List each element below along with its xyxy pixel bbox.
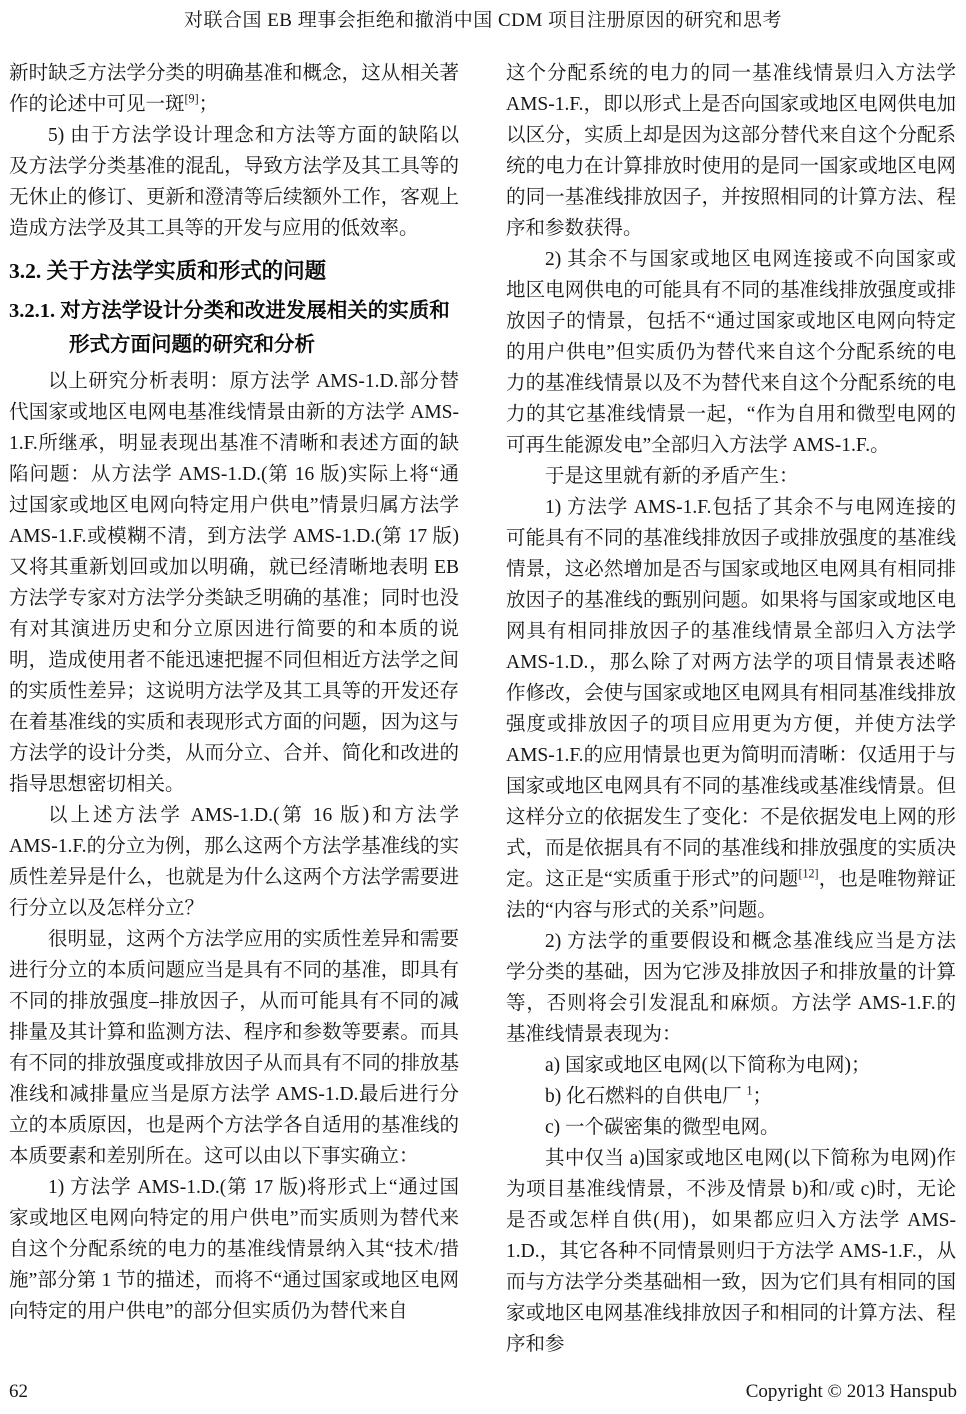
footnote-marker: 1 <box>747 1084 753 1098</box>
copyright-notice: Copyright © 2013 Hanspub <box>746 1380 957 1404</box>
paragraph: 这个分配系统的电力的同一基准线情景归入方法学 AMS-1.F.，即以形式上是否向… <box>506 58 956 244</box>
paragraph: c) 一个碳密集的微型电网。 <box>506 1112 956 1143</box>
section-heading: 3.2.1. 对方法学设计分类和改进发展相关的实质和形式方面问题的研究和分析 <box>9 294 459 362</box>
footnote-marker: [12] <box>798 867 818 881</box>
right-column: 这个分配系统的电力的同一基准线情景归入方法学 AMS-1.F.，即以形式上是否向… <box>506 58 956 1360</box>
paragraph: a) 国家或地区电网(以下简称为电网)； <box>506 1050 956 1081</box>
paragraph: 1) 方法学 AMS-1.F.包括了其余不与电网连接的可能具有不同的基准线排放因… <box>506 492 956 926</box>
paragraph: 于是这里就有新的矛盾产生： <box>506 461 956 492</box>
paragraph: 很明显，这两个方法学应用的实质性差异和需要进行分立的本质问题应当是具有不同的基准… <box>9 924 459 1172</box>
paragraph: 以上研究分析表明：原方法学 AMS-1.D.部分替代国家或地区电网电基准线情景由… <box>9 366 459 800</box>
footnote-marker: [9] <box>185 92 199 106</box>
section-title: 对方法学设计分类和改进发展相关的实质和形式方面问题的研究和分析 <box>60 299 450 356</box>
page-footer: 62 Copyright © 2013 Hanspub <box>9 1380 957 1404</box>
document-page: 对联合国 EB 理事会拒绝和撤消中国 CDM 项目注册原因的研究和思考 新时缺乏… <box>0 0 966 1414</box>
section-title: 关于方法学实质和形式的问题 <box>47 259 327 283</box>
paragraph: 新时缺乏方法学分类的明确基准和概念，这从相关著作的论述中可见一斑[9]； <box>9 58 459 120</box>
paragraph: 其中仅当 a)国家或地区电网(以下简称为电网)作为项目基准线情景，不涉及情景 b… <box>506 1143 956 1360</box>
paragraph: 5) 由于方法学设计理念和方法等方面的缺陷以及方法学分类基准的混乱，导致方法学及… <box>9 120 459 244</box>
paragraph: b) 化石燃料的自供电厂 1； <box>506 1081 956 1112</box>
section-number: 3.2. <box>9 259 41 283</box>
left-column: 新时缺乏方法学分类的明确基准和概念，这从相关著作的论述中可见一斑[9]；5) 由… <box>9 58 459 1360</box>
paragraph: 2) 其余不与国家或地区电网连接或不向国家或地区电网供电的可能具有不同的基准线排… <box>506 244 956 461</box>
paragraph: 2) 方法学的重要假设和概念基准线应当是方法学分类的基础，因为它涉及排放因子和排… <box>506 926 956 1050</box>
page-header: 对联合国 EB 理事会拒绝和撤消中国 CDM 项目注册原因的研究和思考 <box>0 8 966 34</box>
section-number: 3.2.1. <box>9 300 55 322</box>
paragraph: 1) 方法学 AMS-1.D.(第 17 版)将形式上“通过国家或地区电网向特定… <box>9 1172 459 1327</box>
two-column-body: 新时缺乏方法学分类的明确基准和概念，这从相关著作的论述中可见一斑[9]；5) 由… <box>9 58 957 1360</box>
paragraph: 以上述方法学 AMS-1.D.(第 16 版)和方法学 AMS-1.F.的分立为… <box>9 800 459 924</box>
page-number: 62 <box>9 1380 28 1404</box>
running-title: 对联合国 EB 理事会拒绝和撤消中国 CDM 项目注册原因的研究和思考 <box>184 10 782 31</box>
section-heading: 3.2. 关于方法学实质和形式的问题 <box>9 256 459 286</box>
